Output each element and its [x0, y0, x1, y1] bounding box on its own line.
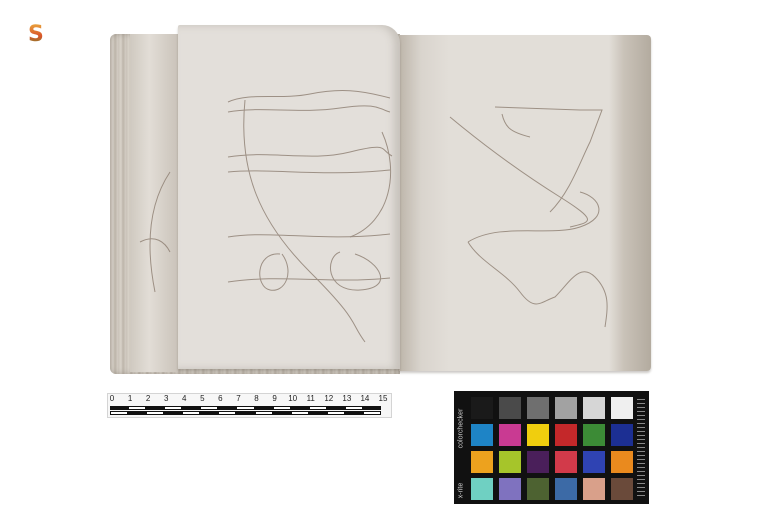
ruler-segment	[291, 406, 309, 410]
ruler-segment	[345, 406, 363, 410]
ruler-segment	[218, 406, 236, 410]
color-patch	[471, 424, 493, 446]
color-patch	[527, 451, 549, 473]
ruler-tick-13: 13	[342, 394, 351, 404]
checker-scale	[637, 399, 645, 497]
ruler-tick-2: 2	[146, 394, 150, 404]
scale-ruler: 0123456789101112131415	[107, 393, 392, 418]
color-patch	[611, 478, 633, 500]
ruler-tick-8: 8	[254, 394, 258, 404]
color-patch	[499, 424, 521, 446]
ruler-tick-15: 15	[379, 394, 388, 404]
book-sculpture-photo	[110, 22, 652, 378]
color-patch	[555, 424, 577, 446]
color-patch	[471, 397, 493, 419]
color-checker-brand: colorchecker x-rite	[456, 395, 466, 499]
ruler-segment	[255, 406, 273, 410]
ruler-segment	[128, 406, 146, 410]
ruler-bar-top	[110, 406, 389, 410]
color-patch	[583, 397, 605, 419]
ruler-tick-6: 6	[218, 394, 222, 404]
color-patch-grid	[471, 397, 633, 500]
ruler-segment	[255, 411, 273, 415]
ruler-bar-bottom	[110, 411, 389, 415]
ruler-tick-5: 5	[200, 394, 204, 404]
color-patch	[611, 397, 633, 419]
ruler-segment	[273, 406, 291, 410]
thread-drawing	[110, 22, 652, 378]
color-patch	[499, 451, 521, 473]
ruler-segment	[273, 411, 291, 415]
ruler-segment	[236, 411, 254, 415]
ruler-segment	[309, 406, 327, 410]
color-patch	[527, 397, 549, 419]
ruler-segment	[327, 411, 345, 415]
color-patch	[527, 478, 549, 500]
ruler-segment	[291, 411, 309, 415]
ruler-tick-0: 0	[110, 394, 114, 404]
color-patch	[555, 397, 577, 419]
ruler-segment	[182, 406, 200, 410]
color-patch	[471, 478, 493, 500]
ruler-segment	[146, 411, 164, 415]
ruler-segment	[164, 406, 182, 410]
ruler-segment	[200, 411, 218, 415]
ruler-tick-4: 4	[182, 394, 186, 404]
color-patch	[583, 424, 605, 446]
ruler-segment	[146, 406, 164, 410]
ruler-segment	[110, 411, 128, 415]
ruler-segment	[345, 411, 363, 415]
ruler-tick-11: 11	[307, 394, 315, 404]
ruler-segment	[363, 411, 381, 415]
ruler-segment	[128, 411, 146, 415]
color-patch	[611, 424, 633, 446]
brand-label: colorchecker	[458, 409, 465, 449]
color-patch	[555, 478, 577, 500]
maker-label: x-rite	[458, 483, 465, 499]
ruler-segment	[200, 406, 218, 410]
ruler-tick-14: 14	[360, 394, 369, 404]
color-patch	[583, 451, 605, 473]
color-checker-card: colorchecker x-rite	[454, 391, 649, 504]
color-patch	[471, 451, 493, 473]
ruler-tick-3: 3	[164, 394, 168, 404]
color-patch	[499, 397, 521, 419]
site-logo: S	[28, 24, 48, 46]
ruler-tick-7: 7	[236, 394, 240, 404]
color-patch	[583, 478, 605, 500]
ruler-segment	[110, 406, 128, 410]
ruler-tick-labels: 0123456789101112131415	[108, 394, 391, 405]
ruler-segment	[182, 411, 200, 415]
ruler-tick-1: 1	[128, 394, 132, 404]
ruler-tick-10: 10	[288, 394, 297, 404]
color-patch	[555, 451, 577, 473]
ruler-segment	[164, 411, 182, 415]
color-patch	[499, 478, 521, 500]
ruler-segment	[309, 411, 327, 415]
ruler-segment	[327, 406, 345, 410]
ruler-segment	[236, 406, 254, 410]
color-patch	[527, 424, 549, 446]
color-patch	[611, 451, 633, 473]
ruler-segment	[363, 406, 381, 410]
ruler-tick-9: 9	[272, 394, 276, 404]
ruler-tick-12: 12	[324, 394, 333, 404]
ruler-segment	[218, 411, 236, 415]
